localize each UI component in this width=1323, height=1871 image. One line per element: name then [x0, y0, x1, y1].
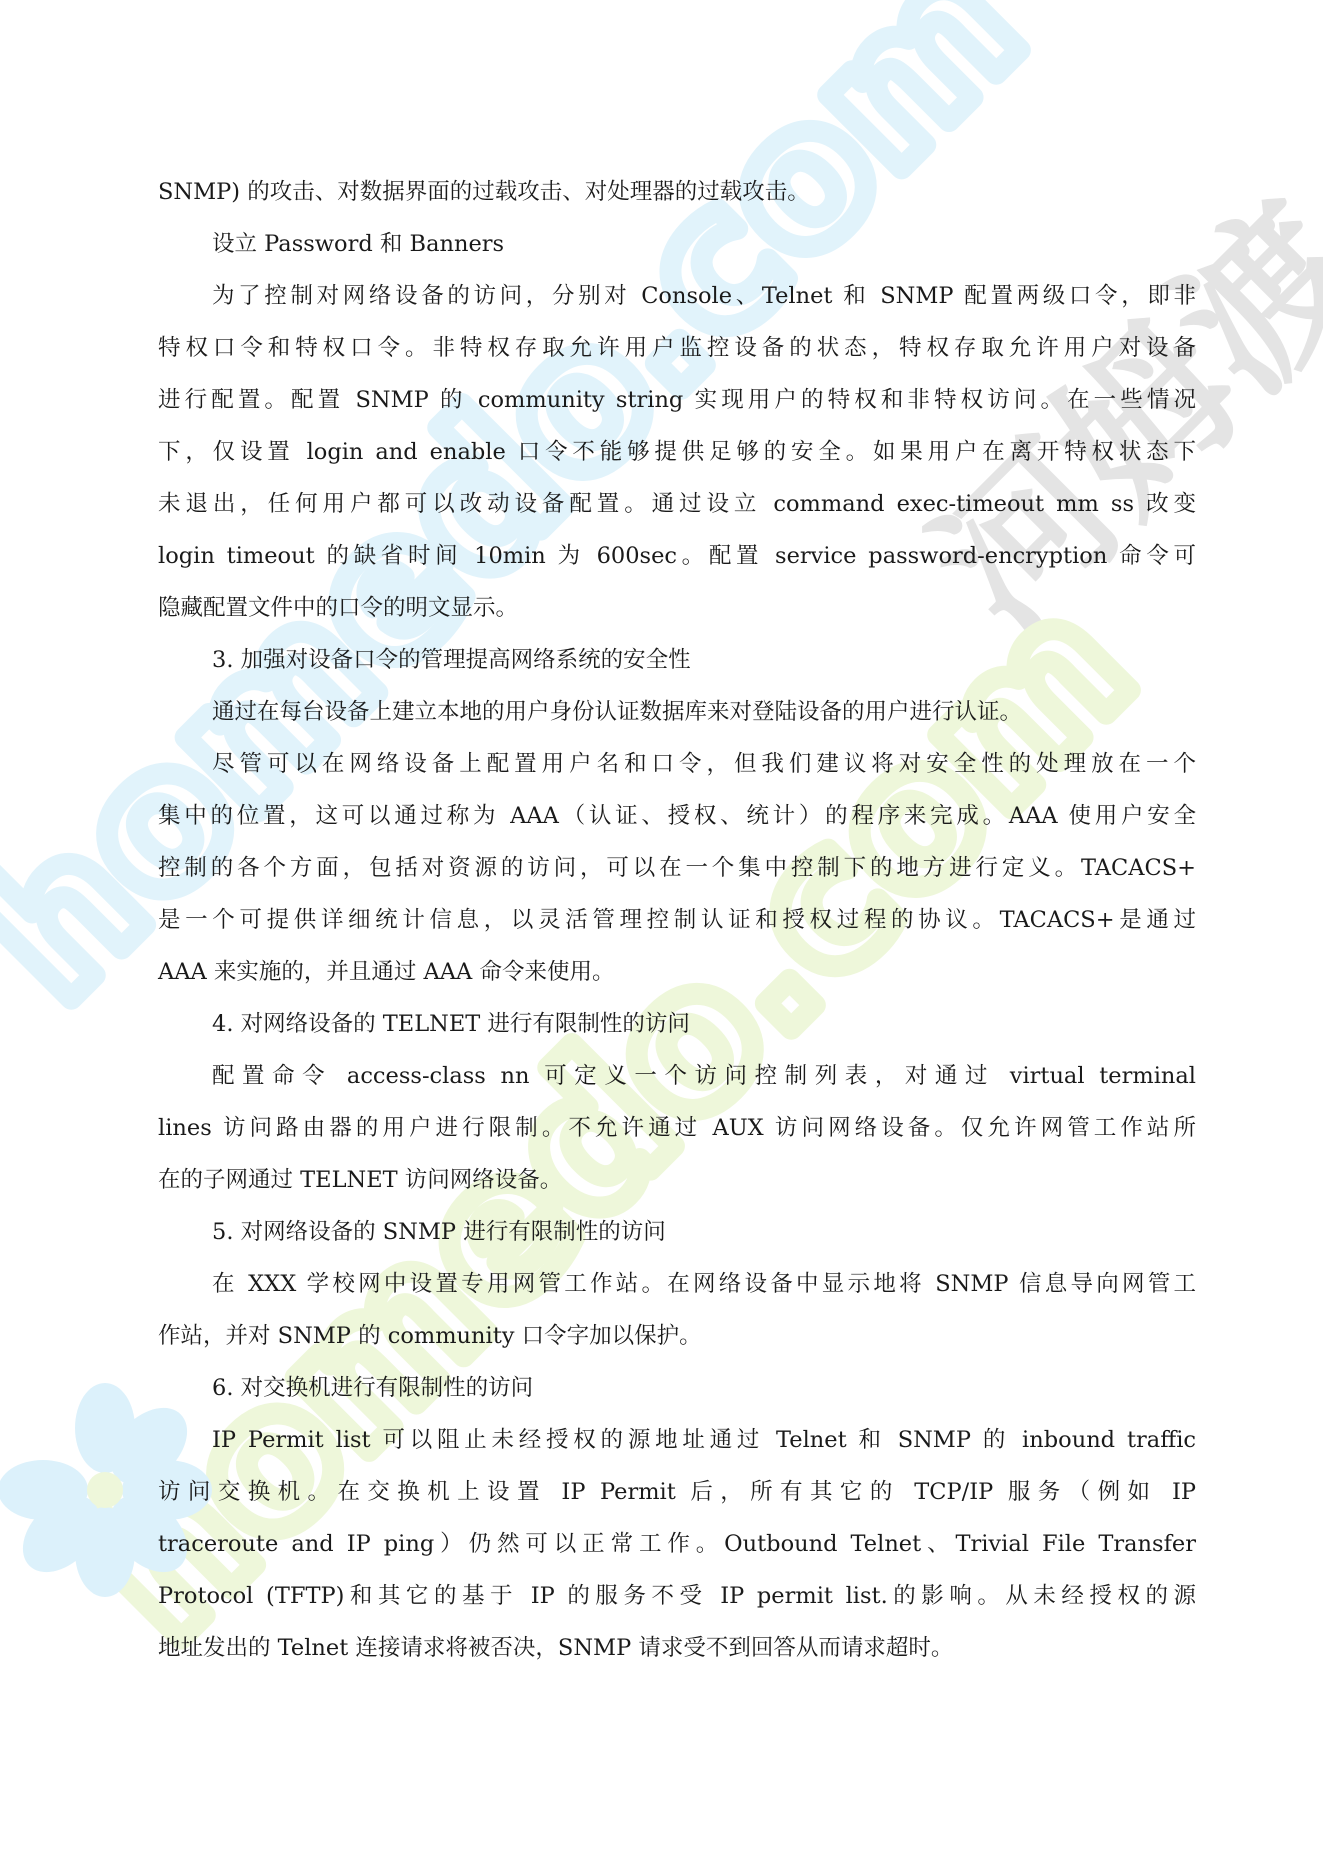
- text-line: 作站，并对 SNMP 的 community 口令字加以保护。: [158, 1310, 1196, 1362]
- text-line: 下，仅设置 login and enable 口令不能够提供足够的安全。如果用户…: [158, 426, 1196, 478]
- text-line: 尽管可以在网络设备上配置用户名和口令，但我们建议将对安全性的处理放在一个: [158, 738, 1196, 790]
- text-line: 隐藏配置文件中的口令的明文显示。: [158, 582, 1196, 634]
- text-line: 在 XXX 学校网中设置专用网管工作站。在网络设备中显示地将 SNMP 信息导向…: [158, 1258, 1196, 1310]
- text-line: 在的子网通过 TELNET 访问网络设备。: [158, 1154, 1196, 1206]
- section-heading-6: 6. 对交换机进行有限制性的访问: [158, 1362, 1196, 1414]
- text-line: 集中的位置，这可以通过称为 AAA（认证、授权、统计）的程序来完成。AAA 使用…: [158, 790, 1196, 842]
- text-line: lines 访问路由器的用户进行限制。不允许通过 AUX 访问网络设备。仅允许网…: [158, 1102, 1196, 1154]
- text-line: 未退出，任何用户都可以改动设备配置。通过设立 command exec-time…: [158, 478, 1196, 530]
- section-heading-5: 5. 对网络设备的 SNMP 进行有限制性的访问: [158, 1206, 1196, 1258]
- text-line: 进行配置。配置 SNMP 的 community string 实现用户的特权和…: [158, 374, 1196, 426]
- text-line: 控制的各个方面，包括对资源的访问，可以在一个集中控制下的地方进行定义。TACAC…: [158, 842, 1196, 894]
- text-line: Protocol (TFTP)和其它的基于 IP 的服务不受 IP permit…: [158, 1570, 1196, 1622]
- text-line: 访问交换机。在交换机上设置 IP Permit 后，所有其它的 TCP/IP 服…: [158, 1466, 1196, 1518]
- text-line: 配置命令 access-class nn 可定义一个访问控制列表，对通过 vir…: [158, 1050, 1196, 1102]
- text-line: 为了控制对网络设备的访问，分别对 Console、Telnet 和 SNMP 配…: [158, 270, 1196, 322]
- heading-password-banners: 设立 Password 和 Banners: [158, 218, 1196, 270]
- document-body: SNMP) 的攻击、对数据界面的过载攻击、对处理器的过载攻击。 设立 Passw…: [158, 166, 1196, 1674]
- section-heading-4: 4. 对网络设备的 TELNET 进行有限制性的访问: [158, 998, 1196, 1050]
- text-line: IP Permit list 可以阻止未经授权的源地址通过 Telnet 和 S…: [158, 1414, 1196, 1466]
- text-line: AAA 来实施的，并且通过 AAA 命令来使用。: [158, 946, 1196, 998]
- document-page: 河姆渡 homedo.com homedo.com SNMP) 的攻击、对数据界…: [0, 0, 1323, 1871]
- text-line: 地址发出的 Telnet 连接请求将被否决，SNMP 请求受不到回答从而请求超时…: [158, 1622, 1196, 1674]
- text-line: traceroute and IP ping）仍然可以正常工作。Outbound…: [158, 1518, 1196, 1570]
- section-heading-3: 3. 加强对设备口令的管理提高网络系统的安全性: [158, 634, 1196, 686]
- text-line: 特权口令和特权口令。非特权存取允许用户监控设备的状态，特权存取允许用户对设备: [158, 322, 1196, 374]
- text-line: 通过在每台设备上建立本地的用户身份认证数据库来对登陆设备的用户进行认证。: [158, 686, 1196, 738]
- text-line: 是一个可提供详细统计信息，以灵活管理控制认证和授权过程的协议。TACACS+是通…: [158, 894, 1196, 946]
- text-line: login timeout 的缺省时间 10min 为 600sec。配置 se…: [158, 530, 1196, 582]
- text-line: SNMP) 的攻击、对数据界面的过载攻击、对处理器的过载攻击。: [158, 166, 1196, 218]
